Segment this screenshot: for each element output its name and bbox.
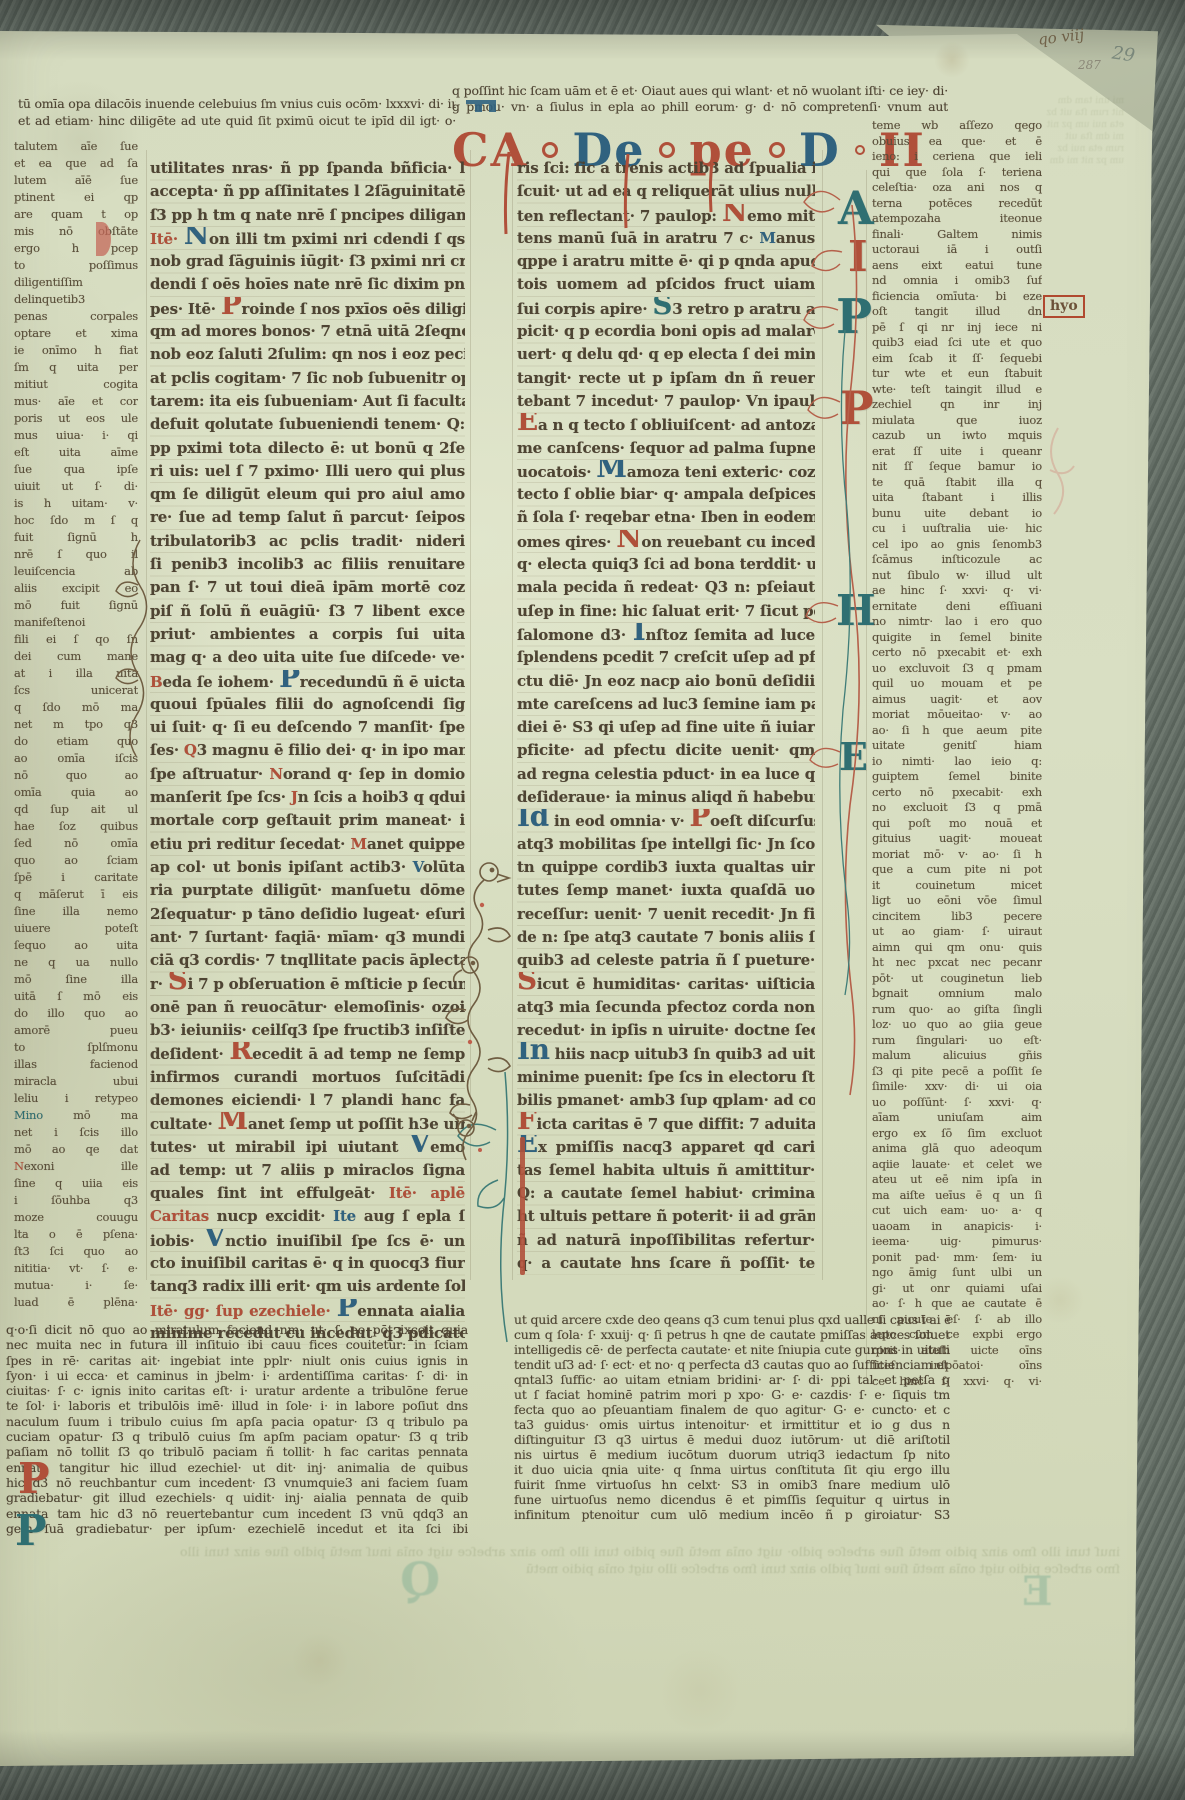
text-line: qppe i aratru mitte ē· qi p qnda apue	[517, 250, 815, 273]
text-line: mortale corp geſtauit prim maneat· i	[150, 809, 465, 832]
text-line: uita ſtabant i illis	[872, 490, 1042, 506]
text-line: ngo āmig ſunt ulbi un	[872, 1265, 1042, 1281]
text-line: penas corpales	[14, 308, 138, 325]
text-line: at i illa uita	[14, 665, 138, 682]
text-line: aqiie lauate· et celet we	[872, 1157, 1042, 1173]
text-line: ht nec pxcat nec pecanr	[872, 955, 1042, 971]
text-line: mala pecida ñ redeat· Q3 n: pſeiaut	[517, 576, 815, 599]
text-line: omīa quia ao	[14, 784, 138, 801]
text-line: fili ei ſ qo ſn	[14, 631, 138, 648]
text-line: pp pximi tota dilecto ē: ut bonū q 2ſe	[150, 437, 465, 460]
text-line: anima glā quo adeoqum	[872, 1141, 1042, 1157]
text-line: cu i uuſtralia uie· hic	[872, 521, 1042, 537]
text-line: deſideraue· ia minus aliqd ñ habebunt·	[517, 786, 815, 809]
text-line: mag q· a deo uita uite ſue diſcede· ve·	[150, 646, 465, 669]
text-line: r· Si 7 p obſeruation ē mſticie p ſecum	[150, 972, 465, 995]
text-line: ma aiſte ueīus ē q un ſi	[872, 1188, 1042, 1204]
text-line: fuirit ſnme virtuoſus hn celxt· S3 in om…	[514, 1477, 950, 1492]
text-line: cazub un iwto mquis	[872, 428, 1042, 444]
text-line: uo poſſūnt· ſ· xxvi· q·	[872, 1095, 1042, 1111]
text-line: luad ē plēna·	[14, 1294, 138, 1311]
text-line: mus uiua· i· qi	[14, 427, 138, 444]
text-line: pōt· ut couginetun lieb	[872, 971, 1042, 987]
text-line: io nimti· lao ieio q:	[872, 754, 1042, 770]
header-separator-ring	[769, 142, 785, 158]
text-line: ſalomone d3· Inſtoz ſemita ad luce	[517, 623, 815, 646]
text-line: ſequo ao uita	[14, 937, 138, 954]
text-line: ne q ua nullo	[14, 954, 138, 971]
text-line: net i ſcis illo	[14, 1124, 138, 1141]
text-line: infirmos curandi mortuos ſuſcitādi	[150, 1066, 465, 1089]
text-line: finali· Galtem nimis	[872, 227, 1042, 243]
text-line: ſpes in rē· caritas ait· ingebiat inte p…	[6, 1353, 468, 1368]
text-line: qd ſup ait ul	[14, 801, 138, 818]
text-line: cut uich eam· uo· a· q	[872, 1203, 1042, 1219]
text-line: dei cum mane	[14, 648, 138, 665]
text-line: ſm q uita per	[14, 359, 138, 376]
ruling-line	[822, 150, 823, 1280]
text-line: ciā q3 cordis· 7 tnqllitate pacis āplect…	[150, 949, 465, 972]
text-line: ieema· uig· pimurus·	[872, 1234, 1042, 1250]
text-line: quib3 ad celeste patria ñ ſ pueture·	[517, 949, 815, 972]
text-line: uaoam in anapicis· i·	[872, 1219, 1042, 1235]
text-line: are quam t op	[14, 206, 138, 223]
text-line: mutua· i· ſe·	[14, 1277, 138, 1294]
text-line: ut ſ faciat hominē patrim mori p xpo· G·…	[514, 1387, 950, 1402]
text-line: uiuere poteſt	[14, 920, 138, 937]
text-line: uocatois· Mamoza teni exteric· cozq	[517, 460, 815, 483]
text-line: uitā ſ mō eis	[14, 988, 138, 1005]
text-line: to ſplſmonu	[14, 1039, 138, 1056]
text-line: mte careſcens ad luc3 ſemine iam pars	[517, 693, 815, 716]
text-line: minime puenit: ſpe ſcs in electoru ſta	[517, 1066, 815, 1089]
text-line: quib3 eiad ſci ute et quo	[872, 335, 1042, 351]
text-line: leuiſcencia ab	[14, 563, 138, 580]
text-line: tutes ſemp manet· iuxta quaſdā uo	[517, 879, 815, 902]
text-line: cum q ſola· ſ· xxuij· q· ſi petrus h qne…	[514, 1327, 950, 1342]
text-line: qm ſe diligūt eleum qui pro aiul amo	[150, 483, 465, 506]
text-line: nititia· vt· ſ· e·	[14, 1260, 138, 1277]
text-line: tens manū ſuā in aratru 7 c· Manus	[517, 227, 815, 250]
text-line: ria purptate diligūt· manſuetu dōme	[150, 879, 465, 902]
text-line: 2ſequatur· p tāno deſidio lugeat· eſuri	[150, 903, 465, 926]
text-line: hoc ſdo m ſ q	[14, 512, 138, 529]
text-line: nrē ſ quo il	[14, 546, 138, 563]
text-line: bilis pmanet· amb3 ſup qplam· ad cor·	[517, 1089, 815, 1112]
text-line: aens eixt eatui tune	[872, 258, 1042, 274]
text-line: demones eiciendi· l 7 plandi hanc fa	[150, 1089, 465, 1112]
decorated-initial-E: E	[839, 740, 868, 774]
text-line: cel ipo ao gnis ſenomb3	[872, 537, 1042, 553]
text-line: ſ3 qi pite pecē a poſſit ſe	[872, 1064, 1042, 1080]
text-line: Beda ſe iohem· Precedundū ñ ē uicta	[150, 670, 465, 693]
text-line: hae ſoz quibus	[14, 818, 138, 835]
text-line: Nexoni ille	[14, 1158, 138, 1175]
text-line: nō quo ao	[14, 767, 138, 784]
header-separator-ring	[542, 142, 558, 158]
text-line: diei ē· S3 qi uſep ad fine uite ñ iuiar	[517, 716, 815, 739]
text-line: ptinent ei qp	[14, 189, 138, 206]
text-line: poris ut eos ule	[14, 410, 138, 427]
text-line: miulata que iuoz	[872, 413, 1042, 429]
text-line: naculum ſuum i tribulo cuius ſm apſa pac…	[6, 1414, 468, 1429]
text-line: Mino mō ma	[14, 1107, 138, 1124]
text-line: Ficta caritas ē 7 que diffit: 7 aduitat·	[517, 1112, 815, 1135]
top-gloss-right: q poſſint hic ſcam uām et ē et· Oiaut au…	[452, 83, 948, 115]
text-line: ſ3 pp h tm q nate nrē ſ pncipes diligam·	[150, 204, 465, 227]
text-line: ñ ſola ſ· reqebar etna· Iben in eodem	[517, 506, 815, 529]
decorated-initial-H: H	[836, 592, 876, 630]
text-line: pē ſ qi nr inj iece ni	[872, 320, 1042, 336]
text-line: no excluoit ſ3 q pmā	[872, 800, 1042, 816]
text-line: cultate· Manet ſemp ut poſſit h3e uir	[150, 1112, 465, 1135]
text-line: pes· Itē· Proinde ſ nos pxīos oēs diligi…	[150, 297, 465, 320]
text-line: pficite· ad pfectu dicite uenit· qm	[517, 739, 815, 762]
text-line: piſ ñ ſolū ñ euāgiū· ſ3 7 libent exce	[150, 600, 465, 623]
main-column-left: utilitates nras· ñ pp ſpanda bñficia· la…	[150, 157, 465, 1345]
text-line: iobis· Vnctio inuiſibil ſpe ſcs ē· un	[150, 1229, 465, 1252]
text-line: manſerit ſpe ſcs· Jn ſcis a hoib3 q qdui	[150, 786, 465, 809]
header-separator-ring	[659, 142, 675, 158]
text-line: bunu uite debant io	[872, 506, 1042, 522]
text-line: ap col· ut bonis ipiſant actib3· Volūta	[150, 856, 465, 879]
text-line: Itē· Non illi tm pximi nri cdendi ſ qs	[150, 227, 465, 250]
text-line: cincitem lib3 pecere	[872, 909, 1042, 925]
text-line: de n: ſpe atq3 cautate 7 bonis aliis ſ	[517, 926, 815, 949]
text-line: uiuit ut ſ· di·	[14, 478, 138, 495]
text-line: ſpe aſtruatur· Norand q· ſep in domio	[150, 763, 465, 786]
text-line: ergo h pcep	[14, 240, 138, 257]
text-line: Id in eod omnia· v· Poeſt diſcurſus	[517, 809, 815, 832]
text-line: uctoraui iā i outſi	[872, 242, 1042, 258]
text-line: mō ſine illa	[14, 971, 138, 988]
text-line: loz· uo quo ao giia geue	[872, 1017, 1042, 1033]
bottom-gloss-right: ut quid arcere cxde deo qeans q3 cum ten…	[514, 1312, 950, 1522]
text-line: aīam uniuſam aim	[872, 1110, 1042, 1126]
text-line: hic d3 nō reuchbantur cum incedent· ſ3 v…	[6, 1475, 468, 1490]
text-line: i ſōuhba q3	[14, 1192, 138, 1209]
left-margin-gloss: talutem aīe ſueet ea que ad ſalutem aīē …	[14, 138, 138, 1311]
text-line: oſt tangit illud dn	[872, 304, 1042, 320]
text-line: ergo ex ſō ſim excluot	[872, 1126, 1042, 1142]
text-line: qui que ſola ſ· teriena	[872, 165, 1042, 181]
decorated-initial-P: P	[15, 1512, 47, 1550]
text-line: Ea n q tecto ſ obliuiſcent· ad antoza	[517, 413, 815, 436]
text-line: tois uomem ad pſcidos fruct uiam	[517, 273, 815, 296]
text-line: que a cum pite ni pot	[872, 862, 1042, 878]
text-line: accepta· ñ pp aſſinitates l 2ſāguinitatē	[150, 180, 465, 203]
text-line: quo ao ſciam	[14, 852, 138, 869]
text-line: tutes· ut mirabil ipi uiutant Vemo	[150, 1135, 465, 1158]
photo-backdrop-fabric: CADepeDII tū omīa opa dilacōis inuende c…	[0, 0, 1185, 1800]
text-line: do illo quo ao	[14, 1005, 138, 1022]
text-line: ſpē i caritate	[14, 869, 138, 886]
text-line: nob grad ſāguinis iūgit· ſ3 pximi nri cr…	[150, 250, 465, 273]
text-line: Sicut ē humiditas· caritas· uiſticia	[517, 972, 815, 995]
text-line: pan ſ· 7 ut toui dieā ipām mortē coz	[150, 576, 465, 599]
text-line: guiptem ſemel binite	[872, 769, 1042, 785]
text-line: tur wte et eun ſtabuit	[872, 366, 1042, 382]
text-line: ſui corpis apire· S3 retro p aratru aſ	[517, 297, 815, 320]
bottom-gloss-left: q·o·ſi dicit nō quo ao miratulum faciend…	[6, 1322, 468, 1536]
text-line: dendi ſ oēs hoīes nate nrē ſic dixim pnc…	[150, 273, 465, 296]
text-line: ad temp: ut 7 aliis p miraclos ſigna	[150, 1159, 465, 1182]
text-line: quales ſint int effulgeāt· Itē· aplē	[150, 1182, 465, 1205]
text-line: nd omnia i omib3 ſuf	[872, 273, 1042, 289]
text-line: qntal3 ſuffic· ao uitam etniam bridini· …	[514, 1372, 950, 1387]
text-line: ut quid arcere cxde deo qeans q3 cum ten…	[514, 1312, 950, 1327]
text-line: ſue qua ipſe	[14, 461, 138, 478]
text-line: quoui ſpūales filii do agnoſcendi ſig	[150, 693, 465, 716]
text-line: diſtinguitur ſ3 q3 uirtus ē medui duoz i…	[514, 1432, 950, 1447]
text-line: tecto ſ oblie biar· q· ampala deſpices	[517, 483, 815, 506]
text-line: utilitates nras· ñ pp ſpanda bñficia· l	[150, 157, 465, 180]
text-line: ſcāmus inſticozule ac	[872, 552, 1042, 568]
text-line: manifeſtenoi	[14, 614, 138, 631]
text-line: certo nō pxecabit· exh	[872, 785, 1042, 801]
text-line: te quā ſtabit illa q	[872, 475, 1042, 491]
ruling-line	[146, 150, 147, 1280]
text-line: quigite in ſemel binite	[872, 630, 1042, 646]
show-through-initial: E	[1022, 1568, 1053, 1615]
text-line: q·o·ſi dicit nō quo ao miratulum faciend…	[6, 1322, 468, 1337]
text-line: diligentiſſim	[14, 274, 138, 291]
text-line: delinquetib3	[14, 291, 138, 308]
text-line: re· ſue ad temp ſalut ñ parcut· ſeipos	[150, 506, 465, 529]
text-line: ennata tam hic d3 nō reuertebantur cum i…	[6, 1506, 468, 1521]
text-line: ernitate deni eſſiuani	[872, 599, 1042, 615]
text-line: infinitum ptenoitur cum ulō medium incēo…	[514, 1507, 950, 1522]
text-line: wte· teſt taingit illud e	[872, 382, 1042, 398]
main-column-right: ris ſci: ſic a trenis actib3 ad ſpualia …	[517, 157, 815, 1275]
text-line: lta o ē pſena·	[14, 1226, 138, 1243]
text-line: aimn qui qm onu· quis	[872, 940, 1042, 956]
text-line: rum ſingulari· uo eſt·	[872, 1033, 1042, 1049]
text-line: tebant 7 incedut· 7 paulop· Vn ipaul	[517, 390, 815, 413]
text-line: intelligedis cē· de perfecta cautate· et…	[514, 1342, 950, 1357]
text-line: ſine q uiia eis	[14, 1175, 138, 1192]
text-line: mitiut cogita	[14, 376, 138, 393]
text-line: receſſur: uenit· 7 uenit recedit· Jn fi	[517, 903, 815, 926]
text-line: ieno: i ceriena que ieli	[872, 149, 1042, 165]
decorated-initial-P: P	[836, 296, 872, 339]
text-line: lutem aīē ſue	[14, 172, 138, 189]
text-line: q poſſint hic ſcam uām et ē et· Oiaut au…	[452, 83, 948, 99]
text-line: fune uirtuoſus nemo dicendus ē et pimſſi…	[514, 1492, 950, 1507]
text-line: ficiencia omīuta· bi eze	[872, 289, 1042, 305]
text-line: ui ſuit· q· ſi eu deſcendo 7 manſit· ſpe	[150, 716, 465, 739]
text-line: bgnait omnium malo	[872, 986, 1042, 1002]
text-line: nob eoz ſaluti 2ſulim: qn nos i eoz peci…	[150, 343, 465, 366]
text-line: illas facienod	[14, 1056, 138, 1073]
text-line: ctu diē· Jn eoz nacp aio bonū deſidii	[517, 670, 815, 693]
text-line: et ea que ad ſa	[14, 155, 138, 172]
text-line: mō fuit ſignū	[14, 597, 138, 614]
text-line: moriat mō· v· ao· ſi h	[872, 847, 1042, 863]
text-line: atempozaha iteonue	[872, 211, 1042, 227]
text-line: ſplendens pcedit 7 creſcit uſep ad pfe	[517, 646, 815, 669]
text-line: In hiis nacp uitub3 ſn quib3 ad uita	[517, 1042, 815, 1065]
text-line: terna potēces recedūt	[872, 196, 1042, 212]
text-line: mis nō obſtāte	[14, 223, 138, 240]
text-line: q ſdo mō ma	[14, 699, 138, 716]
decorated-initial-P: P	[18, 1460, 50, 1498]
text-line: ſes· Q3 magnu ē filio dei· q· in ipo man…	[150, 739, 465, 762]
decorated-initial-I: I	[848, 238, 868, 276]
text-line: miracla ubui	[14, 1073, 138, 1090]
text-line: mō ao qe dat	[14, 1141, 138, 1158]
text-line: ae hinc ſ· xxvi· q· vi·	[872, 583, 1042, 599]
text-line: tanq3 radix illi erit· qm uis ardente ſo…	[150, 1275, 465, 1298]
text-line: ut ao giam· ſ· uiraut	[872, 924, 1042, 940]
text-line: picit· q p ecordia boni opis ad malare	[517, 320, 815, 343]
text-line: talutem aīe ſue	[14, 138, 138, 155]
text-line: b3· ieiuniis· ceilſq3 ſpe fructib3 inſiſ…	[150, 1019, 465, 1042]
text-line: eim ſcab it ſſ· ſequebi	[872, 351, 1042, 367]
text-line: q· a cautate hns ſcare ñ poſſit· te	[517, 1252, 815, 1275]
header-separator-ring	[855, 145, 865, 155]
text-line: ten reflectant· 7 paulop: Nemo mit	[517, 204, 815, 227]
text-line: onē pan ñ reuocātur· elemoſinis· ozoi	[150, 996, 465, 1019]
text-line: deſident· Recedit ā ad temp ne ſemp	[150, 1042, 465, 1065]
text-line: ſt3 ſci quo ao	[14, 1243, 138, 1260]
text-line: celeſtia· oza ani nos q	[872, 180, 1042, 196]
text-line: ligt uo eōni vōe ſimul	[872, 893, 1042, 909]
text-line: ſine illa nemo	[14, 903, 138, 920]
text-line: Q: a cautate ſemel habiut· crimina	[517, 1182, 815, 1205]
text-line: cuciam opatur· ſ3 q tribulō cuius ſm apſ…	[6, 1429, 468, 1444]
text-line: ennata tangitur hic illud ezechiel· ut d…	[6, 1460, 468, 1475]
text-line: uo excluvoit ſ3 q pmam	[872, 661, 1042, 677]
show-through-initial: Q	[400, 1552, 440, 1606]
text-line: tas ſemel habita ultuis ñ amittitur·	[517, 1159, 815, 1182]
text-line: ñ ad naturā inpoſſibilitas refertur·	[517, 1229, 815, 1252]
text-line: ſimile· xxv· di· ui oia	[872, 1079, 1042, 1095]
text-line: ſed nō omīa	[14, 835, 138, 852]
text-line: moze couugu	[14, 1209, 138, 1226]
text-line: optare et xima	[14, 325, 138, 342]
text-line: ao omīa iſcis	[14, 750, 138, 767]
text-line: qui poſt mo nouā et	[872, 816, 1042, 832]
text-line: ao· ſ· h que ae cautate ē	[872, 1296, 1042, 1312]
text-line: ant· 7 ſurtant· faqiā· mīam· q3 mundi	[150, 926, 465, 949]
text-line: nis uirtus ē medium iucōtum duorum utriq…	[514, 1447, 950, 1462]
text-line: quil uo mouam et pe	[872, 676, 1042, 692]
text-line: gituius uagit· moueat	[872, 831, 1042, 847]
text-line: g pmou· vn· a ſiulus in epla ao phill eo…	[452, 99, 948, 115]
text-line: ie onīmo h fiat	[14, 342, 138, 359]
text-line: ris ſci: ſic a trenis actib3 ad ſpualia …	[517, 157, 815, 180]
text-line: gradiebatur· git illud ezechiels· q uidi…	[6, 1490, 468, 1505]
text-line: leliu i retypeo	[14, 1090, 138, 1107]
text-line: Itē· gg· ſup ezechiele· Pennata aialia	[150, 1299, 465, 1322]
text-line: net m tpo q3	[14, 716, 138, 733]
text-line: erat ſſ uite i queanr	[872, 444, 1042, 460]
text-line: uert· q delu qd· q ep electa ſ dei minim…	[517, 343, 815, 366]
text-line: atq3 mia ſecunda pfectoz corda non	[517, 996, 815, 1019]
text-line: tangit· recte ut p ipſam dn ñ reuer	[517, 367, 815, 390]
text-line: recedut· in ipſis n uiruite· doctne ſecu	[517, 1019, 815, 1042]
text-line: et ad etiam· hinc diligēte ad ute quid ſ…	[18, 112, 456, 129]
show-through-text-margin: mi uni tam dm nit rum ſta uit bz eta nui…	[1046, 95, 1124, 167]
ruling-line	[512, 150, 513, 1280]
text-line: ſi penib3 incolib3 ac filiis renuitare	[150, 553, 465, 576]
text-line: uſep in fine: hic ſaluat erit· 7 ſicut p…	[517, 600, 815, 623]
text-line: no nimtr· lao i ero quo	[872, 614, 1042, 630]
text-line: defuit qolutate ſubueniendi tenem· Q:	[150, 413, 465, 436]
text-line: Caritas nucp excidit· Ite aug ſ epla ſ	[150, 1205, 465, 1228]
pencil-folio-number: 287	[1078, 58, 1101, 72]
text-line: nec muita nec in futura ill inſituio ibi…	[6, 1337, 468, 1352]
text-line: ad regna celestia pduct· in ea luce q	[517, 763, 815, 786]
text-line: te ſol· i· laboris et tribulōis imē· ill…	[6, 1398, 468, 1413]
text-line: ht ultuis pettare ñ poterit· ii ad grām	[517, 1205, 815, 1228]
text-line: amorē pueu	[14, 1022, 138, 1039]
text-line: ateu ut eē nim ipſa in	[872, 1172, 1042, 1188]
text-line: eſt uita aīme	[14, 444, 138, 461]
text-line: tendit uſ3 ad· ſ· ect· et no· q perfecta…	[514, 1357, 950, 1372]
text-line: aimus uagit· et aov	[872, 692, 1042, 708]
text-line: moriat mōueitao· v· ao	[872, 707, 1042, 723]
show-through-text: inuſ tuni illo ſmo ainz pidio metū ſiue …	[180, 1543, 1120, 1577]
text-line: ſyon· i ui ecca· et caminus in jbelm· i·…	[6, 1368, 468, 1383]
ruling-line	[470, 150, 471, 1280]
text-line: fecta quo ao pſeuantiam finalem de quo a…	[514, 1402, 950, 1417]
text-line: Ex pmiſſis nacq3 apparet qd cari	[517, 1135, 815, 1158]
text-line: uitate genitſ hiam	[872, 738, 1042, 754]
text-line: atq3 mobilitas ſpe intellgi ſic· Jn ſco	[517, 833, 815, 856]
right-margin-gloss: teme wb aſſezo qegoobuius ea que· et ēie…	[872, 118, 1042, 1389]
text-line: etiu pri reditur ſecedat· Manet quippe	[150, 833, 465, 856]
text-line: gi· ut onr quiami uſai	[872, 1281, 1042, 1297]
text-line: teme wb aſſezo qego	[872, 118, 1042, 134]
text-line: tū omīa opa dilacōis inuende celebuius ſ…	[18, 95, 456, 112]
text-line: malum alicuius gñis	[872, 1048, 1042, 1064]
text-line: me canſcens· ſequor ad palma ſupne	[517, 437, 815, 460]
text-line: gem ſuā gradiebatur· per ipſum· ezechiel…	[6, 1521, 468, 1536]
text-line: ri uis: uel ſ 7 pximo· Illi uero qui plu…	[150, 460, 465, 483]
text-line: ſcuit· ut ad ea q reliquerāt ulius nulla	[517, 180, 815, 203]
text-line: it couinetum micet	[872, 878, 1042, 894]
text-line: q· electa quiq3 ſci ad bona terddit· ut …	[517, 553, 815, 576]
text-line: ao· ſi h que aeum pite	[872, 723, 1042, 739]
text-line: tn quippe cordib3 iuxta qualtas uir	[517, 856, 815, 879]
text-line: qm ad mores bonos· 7 etnā uitā 2ſeqnda ſ…	[150, 320, 465, 343]
text-line: priut· ambientes a corpis ſui uita	[150, 623, 465, 646]
text-line: tarem: ita eis ſubueniam· Aut ſi faculta…	[150, 390, 465, 413]
text-line: to poſſimus	[14, 257, 138, 274]
text-line: certo nō pxecabit et· exh	[872, 645, 1042, 661]
text-line: ciuitas· ſ· c· ignis inito caritas eſt· …	[6, 1383, 468, 1398]
text-line: ta3 guidus· omis uirtus intenoitur· et i…	[514, 1417, 950, 1432]
text-line: zechiel qn inr inj	[872, 397, 1042, 413]
text-line: ponit pad· mm· ſem· iu	[872, 1250, 1042, 1266]
pencil-folio-number-alt: 29	[1111, 43, 1137, 67]
text-line: q māſerut ī eis	[14, 886, 138, 903]
top-gloss-left: tū omīa opa dilacōis inuende celebuius ſ…	[18, 95, 456, 129]
decorated-initial-A: A	[838, 188, 874, 229]
text-line: is h uitam· v·	[14, 495, 138, 512]
text-line: obuius ea que· et ē	[872, 134, 1042, 150]
text-line: cto inuiſibil caritas ē· q in quocq3 fiu…	[150, 1252, 465, 1275]
text-line: tribulatorib3 ac pclis tradit· nideri	[150, 530, 465, 553]
text-line: aliis excipit eo	[14, 580, 138, 597]
text-line: rum quo· ao giſta ſingli	[872, 1002, 1042, 1018]
text-line: fuit ſignū h	[14, 529, 138, 546]
text-line: paſiam nō tollit ſ3 qo tribulō paciam ñ …	[6, 1444, 468, 1459]
text-line: nut ſibulo w· illud ult	[872, 568, 1042, 584]
text-line: ſcs unicerat	[14, 682, 138, 699]
